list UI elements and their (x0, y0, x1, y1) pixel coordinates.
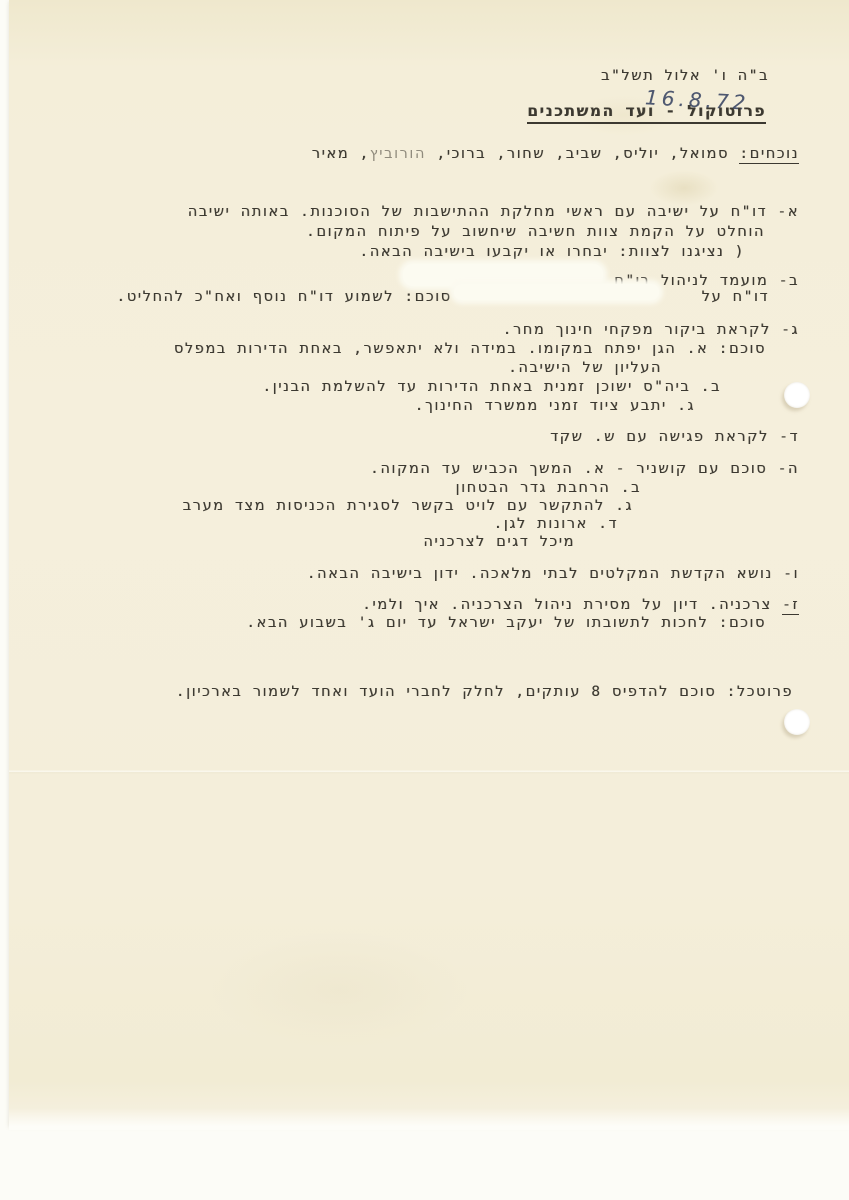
document-title: פרוטוקול - ועד המשתכנים (527, 102, 766, 124)
section-e-line-3: ג. להתקשר עם לויט בקשר לסגירת הכניסות מצ… (183, 498, 633, 514)
protocol-distribution-note: פרוטכל: סוכם להדפיס 8 עותקים, לחלק לחברי… (176, 684, 793, 700)
section-g-line-2: סוכם: לחכות לתשובתו של יעקב ישראל עד יום… (246, 615, 766, 631)
section-b-line-2: דו"ח עלסוכם: לשמוע דו"ח נוסף ואח"כ להחלי… (116, 289, 769, 305)
attendees-names-end: , מאיר (312, 146, 370, 162)
scanned-protocol-page: ב"ה ו' אלול תשל"ב 16.8.72 פרוטוקול - ועד… (9, 0, 849, 1126)
punch-hole (784, 709, 810, 735)
punch-hole (784, 382, 810, 408)
attendees-label: נוכחים: (739, 146, 799, 164)
paper-stain (209, 930, 469, 1050)
section-e-line-2: ב. הרחבת גדר הבטחון (456, 480, 641, 496)
section-g-text: צרכניה. דיון על מסירת ניהול הצרכניה. איך… (362, 597, 782, 613)
section-a-line-3: ( נציגנו לצוות: יבחרו או יקבעו בישיבה הב… (359, 244, 745, 260)
fold-crease (9, 770, 849, 774)
section-a-line-2: הוחלט על הקמת צוות חשיבה שיחשוב על פיתוח… (306, 224, 765, 240)
section-b-summary: סוכם: לשמוע דו"ח נוסף ואח"כ להחליט. (116, 289, 451, 305)
attendees-names: סמואל, יוליס, שביב, שחור, ברוכי, (426, 146, 739, 162)
section-c-line-3: העליון של הישיבה. (508, 360, 662, 376)
section-c-line-5: ג. יתבע ציוד זמני ממשרד החינוך. (415, 398, 695, 414)
section-c-line-1: ג- לקראת ביקור מפקחי חינוך מחר. (503, 322, 799, 338)
section-e-line-1: ה- סוכם עם קושניר - א. המשך הכביש עד המק… (370, 461, 799, 477)
attendee-name-faint: הורוביץ (370, 146, 426, 162)
attendees-line: נוכחים: סמואל, יוליס, שביב, שחור, ברוכי,… (312, 146, 799, 162)
section-f-line-1: ו- נושא הקדשת המקלטים לבתי מלאכה. ידון ב… (307, 566, 799, 582)
section-e-line-4: ד. ארונות לגן. (493, 516, 618, 532)
section-g-marker: ז- (782, 597, 799, 615)
section-c-line-2: סוכם: א. הגן יפתח במקומו. במידה ולא יתאפ… (174, 341, 766, 357)
hebrew-date-line: ב"ה ו' אלול תשל"ב (601, 68, 769, 84)
whiteout-correction (454, 284, 659, 300)
whiteout-correction (403, 264, 603, 286)
paper-stain (649, 170, 719, 206)
section-d-line-1: ד- לקראת פגישה עם ש. שקד (550, 429, 799, 445)
section-c-line-4: ב. ביה"ס ישוכן זמנית באחת הדירות עד להשל… (262, 379, 721, 395)
section-g-line-1: ז- צרכניה. דיון על מסירת ניהול הצרכניה. … (362, 597, 799, 613)
section-a-line-1: א- דו"ח על ישיבה עם ראשי מחלקת ההתישבות … (188, 204, 799, 220)
section-b-report-label: דו"ח על (702, 289, 769, 305)
section-e-line-5: מיכל דגים לצרכניה (423, 534, 575, 550)
